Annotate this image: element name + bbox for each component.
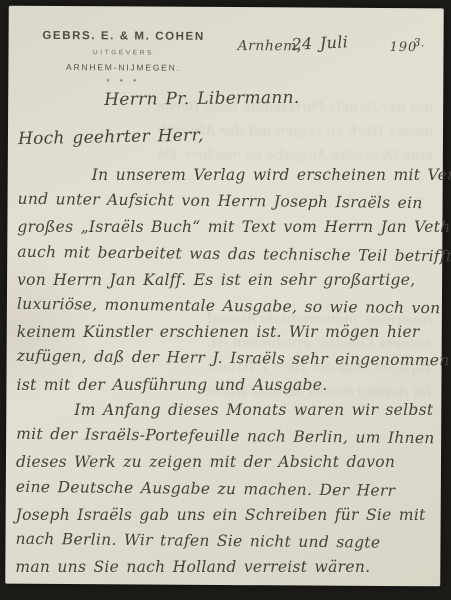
handwritten-line: mit der Israëls-Portefeuille nach Berlin… [16,421,440,452]
handwritten-line: dieses Werk zu zeigen mit der Absicht da… [16,449,440,475]
handwritten-line: großes „Israëls Buch“ mit Text vom Herrn… [17,214,441,240]
handwritten-line: keinem Künstler erschienen ist. Wir möge… [17,319,441,345]
handwritten-line: von Herrn Jan Kalff. Es ist ein sehr gro… [17,267,441,293]
dateline-day-month-handwritten: 24 Juli [291,32,348,54]
handwritten-line: nach Berlin. Wir trafen Sie nicht und sa… [15,526,439,557]
body-paragraph-2: Im Anfang dieses Monats waren wir selbst… [15,396,440,582]
letterhead-role: UITGEVERS [34,49,212,57]
handwritten-line: eine Deutsche Ausgabe zu machen. Der Her… [16,473,440,504]
letter-paper: mit der Israëls-Portefeuille nach Berlin… [5,6,444,587]
handwritten-line: luxuriöse, monumentale Ausgabe, so wie n… [17,291,441,322]
handwritten-line: Joseph Israëls gab uns ein Schreiben für… [16,502,440,528]
handwritten-line: zufügen, daß der Herr J. Israëls sehr ei… [16,343,440,374]
handwritten-line: man uns Sie nach Holland verreist wären. [15,554,439,580]
salutation-addressee: Herrn Pr. Libermann. [104,88,300,110]
handwritten-line: Im Anfang dieses Monats waren wir selbst [16,397,440,423]
handwritten-line: auch mit bearbeitet was das technische T… [17,238,441,269]
photo-of-letter: { "colors": { "background": "#1d1c19", "… [0,0,451,600]
handwritten-line: In unserem Verlag wird erscheinen mit Ve… [18,162,442,188]
body-paragraph-1: In unserem Verlag wird erscheinen mit Ve… [16,161,441,399]
letterhead: GEBRS. E. & M. COHEN UITGEVERS ARNHEM-NI… [34,30,212,87]
letterhead-company-name: GEBRS. E. & M. COHEN [35,30,213,43]
dateline-year-suffix-handwritten: 3. [414,36,425,49]
handwritten-line: und unter Aufsicht von Herrn Joseph Isra… [17,186,441,217]
letterhead-ornament-icon: * * * [34,77,212,87]
handwritten-line: ist mit der Ausführung und Ausgabe. [16,372,440,398]
letterhead-cities: ARNHEM-NIJMEGEN. [34,62,212,73]
greeting: Hoch geehrter Herr, [18,125,204,149]
